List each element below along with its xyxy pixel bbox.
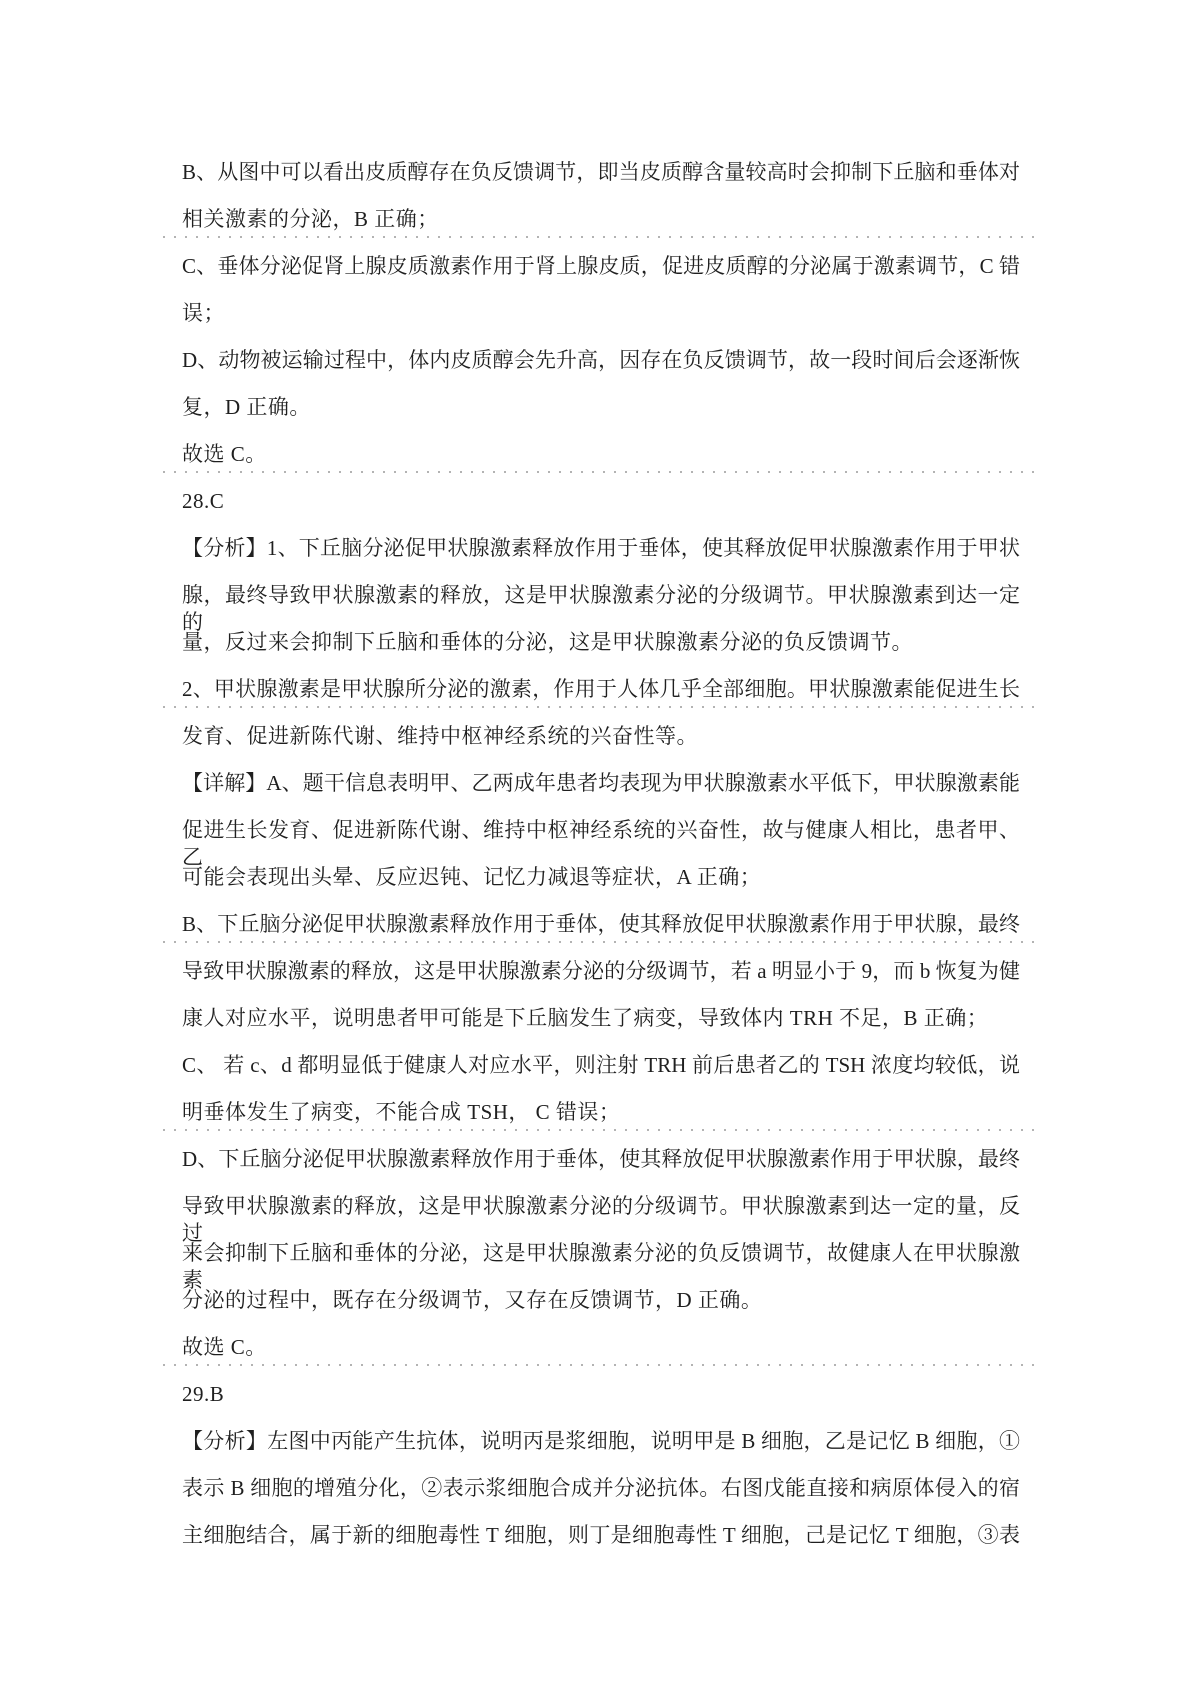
dotted-divider (163, 706, 1038, 708)
text-line: C、 若 c、d 都明显低于健康人对应水平，则注射 TRH 前后患者乙的 TSH… (182, 1052, 1020, 1086)
text-line: C、垂体分泌促肾上腺皮质激素作用于肾上腺皮质，促进皮质醇的分泌属于激素调节，C … (182, 253, 1020, 287)
text-line: 导致甲状腺激素的释放，这是甲状腺激素分泌的分级调节，若 a 明显小于 9，而 b… (182, 958, 1020, 992)
text-line: D、下丘脑分泌促甲状腺激素释放作用于垂体，使其释放促甲状腺激素作用于甲状腺，最终 (182, 1146, 1020, 1180)
text-line: 故选 C。 (182, 441, 1020, 475)
text-line: 故选 C。 (182, 1334, 1020, 1368)
dotted-divider (163, 941, 1038, 943)
text-line: 复，D 正确。 (182, 394, 1020, 428)
text-line: 【分析】左图中丙能产生抗体，说明丙是浆细胞，说明甲是 B 细胞，乙是记忆 B 细… (182, 1428, 1020, 1462)
text-line: 腺，最终导致甲状腺激素的释放，这是甲状腺激素分泌的分级调节。甲状腺激素到达一定的 (182, 582, 1020, 616)
text-line: B、从图中可以看出皮质醇存在负反馈调节，即当皮质醇含量较高时会抑制下丘脑和垂体对 (182, 159, 1020, 193)
text-line: 促进生长发育、促进新陈代谢、维持中枢神经系统的兴奋性，故与健康人相比，患者甲、乙 (182, 817, 1020, 851)
dotted-divider (163, 471, 1038, 473)
text-line: 误； (182, 300, 1020, 334)
text-line: 29.B (182, 1381, 1020, 1415)
text-line: 康人对应水平，说明患者甲可能是下丘脑发生了病变，导致体内 TRH 不足，B 正确… (182, 1005, 1020, 1039)
text-line: 量，反过来会抑制下丘脑和垂体的分泌，这是甲状腺激素分泌的负反馈调节。 (182, 629, 1020, 663)
text-line: 2、甲状腺激素是甲状腺所分泌的激素，作用于人体几乎全部细胞。甲状腺激素能促进生长 (182, 676, 1020, 710)
text-line: 表示 B 细胞的增殖分化，②表示浆细胞合成并分泌抗体。右图戊能直接和病原体侵入的… (182, 1475, 1020, 1509)
dotted-divider (163, 1364, 1038, 1366)
dotted-divider (163, 236, 1038, 238)
text-line: 相关激素的分泌，B 正确； (182, 206, 1020, 240)
text-line: 主细胞结合，属于新的细胞毒性 T 细胞，则丁是细胞毒性 T 细胞，己是记忆 T … (182, 1522, 1020, 1556)
text-line: 来会抑制下丘脑和垂体的分泌，这是甲状腺激素分泌的负反馈调节，故健康人在甲状腺激素 (182, 1240, 1020, 1274)
text-line: 28.C (182, 488, 1020, 522)
text-line: 导致甲状腺激素的释放，这是甲状腺激素分泌的分级调节。甲状腺激素到达一定的量，反过 (182, 1193, 1020, 1227)
text-line: 明垂体发生了病变，不能合成 TSH， C 错误； (182, 1099, 1020, 1133)
document-page: B、从图中可以看出皮质醇存在负反馈调节，即当皮质醇含量较高时会抑制下丘脑和垂体对… (0, 0, 1200, 1698)
text-line: 可能会表现出头晕、反应迟钝、记忆力减退等症状，A 正确； (182, 864, 1020, 898)
text-line: 【分析】1、下丘脑分泌促甲状腺激素释放作用于垂体，使其释放促甲状腺激素作用于甲状 (182, 535, 1020, 569)
text-line: B、下丘脑分泌促甲状腺激素释放作用于垂体，使其释放促甲状腺激素作用于甲状腺，最终 (182, 911, 1020, 945)
text-line: 【详解】A、题干信息表明甲、乙两成年患者均表现为甲状腺激素水平低下，甲状腺激素能 (182, 770, 1020, 804)
text-line: 分泌的过程中，既存在分级调节，又存在反馈调节，D 正确。 (182, 1287, 1020, 1321)
text-line: D、动物被运输过程中，体内皮质醇会先升高，因存在负反馈调节，故一段时间后会逐渐恢 (182, 347, 1020, 381)
text-line: 发育、促进新陈代谢、维持中枢神经系统的兴奋性等。 (182, 723, 1020, 757)
dotted-divider (163, 1129, 1038, 1131)
